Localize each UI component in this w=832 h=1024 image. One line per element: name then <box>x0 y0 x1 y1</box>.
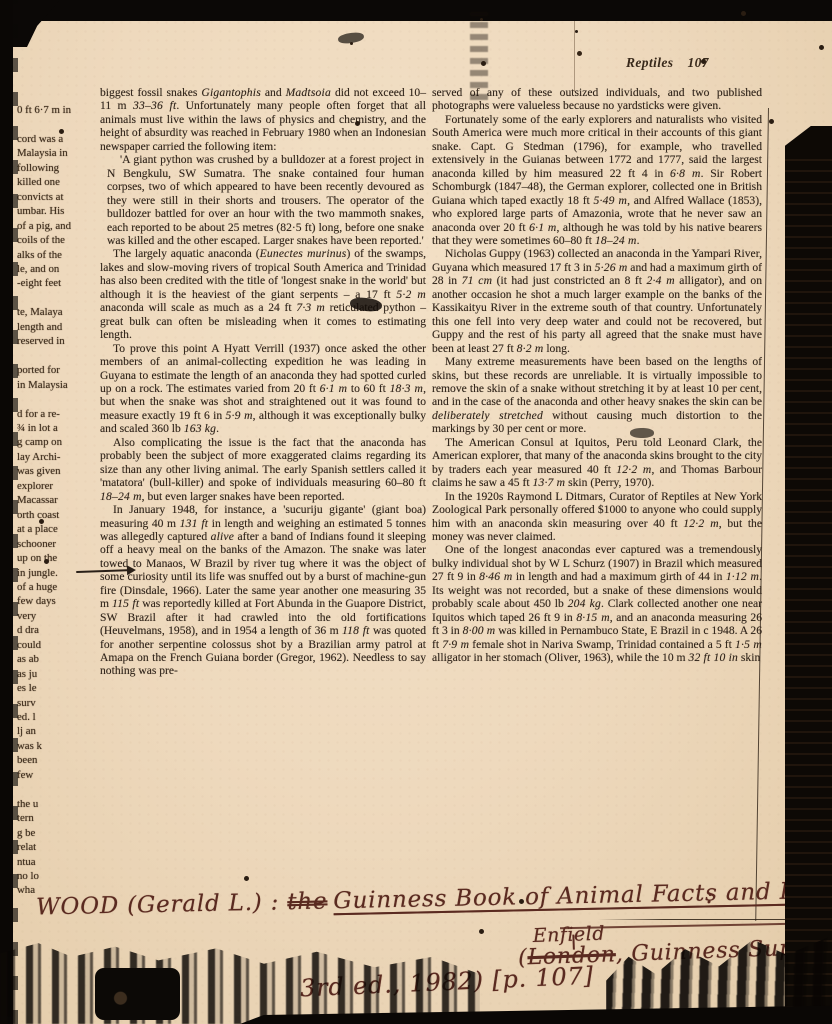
margin-fragment-line: few <box>17 768 99 782</box>
margin-fragment-line: very <box>17 609 99 623</box>
margin-fragment-line: cord was a <box>17 132 99 146</box>
citation-separator: : <box>262 889 287 916</box>
margin-arrow-annotation <box>76 565 136 577</box>
margin-fragment-line <box>17 117 99 131</box>
margin-fragment-line: following <box>17 161 99 175</box>
margin-fragment-line: up on the <box>17 551 99 565</box>
text-column-left: biggest fossil snakes Gigantophis and Ma… <box>100 86 426 678</box>
margin-fragment-line: umbar. His <box>17 204 99 218</box>
margin-fragment-line: surv <box>17 696 99 710</box>
margin-fragment-line <box>17 392 99 406</box>
margin-fragment-line: in Malaysia <box>17 378 99 392</box>
body-paragraph: In the 1920s Raymond L Ditmars, Curator … <box>432 490 762 544</box>
ink-blot <box>630 428 654 438</box>
margin-fragment-line: ¾ in lot a <box>17 421 99 435</box>
body-paragraph: The largely aquatic anaconda (Eunectes m… <box>100 247 426 341</box>
margin-fragment-line: lay Archi- <box>17 450 99 464</box>
margin-fragment-line: was k <box>17 739 99 753</box>
toner-edge-left-ragged <box>13 0 18 1024</box>
margin-fragment-line: killed one <box>17 175 99 189</box>
margin-fragment-line: g be <box>17 826 99 840</box>
photocopied-book-page: 0 ft 6·7 m in cord was aMalaysia infollo… <box>0 0 832 1024</box>
margin-fragment-line: few days <box>17 594 99 608</box>
margin-fragment-line: schooner <box>17 537 99 551</box>
text-column-right: served of any of these outsized individu… <box>432 86 762 664</box>
margin-fragment-line <box>17 782 99 796</box>
margin-fragment-line: 0 ft 6·7 m in <box>17 103 99 117</box>
body-paragraph: Many extreme measurements have been base… <box>432 355 762 436</box>
margin-fragment-line: orth coast <box>17 508 99 522</box>
body-paragraph: The American Consul at Iquitos, Peru tol… <box>432 436 762 490</box>
section-title: Reptiles <box>626 55 673 70</box>
margin-fragment-line: no lo <box>17 869 99 883</box>
margin-fragment-line: ntua <box>17 855 99 869</box>
margin-fragment-line: explorer <box>17 479 99 493</box>
margin-fragment-line: ed. l <box>17 710 99 724</box>
margin-fragment-line: te, Malaya <box>17 305 99 319</box>
body-paragraph: 'A giant python was crushed by a bulldoz… <box>100 153 426 247</box>
page-number: 107 <box>687 55 708 70</box>
toner-blob-bottom-left <box>95 968 180 1020</box>
arrow-head <box>127 565 136 575</box>
body-paragraph: One of the longest anacondas ever captur… <box>432 543 762 664</box>
margin-fragment-line: alks of the <box>17 248 99 262</box>
margin-fragment-line: lj an <box>17 724 99 738</box>
citation-stray-colon: : <box>706 884 714 909</box>
body-paragraph: Nicholas Guppy (1963) collected an anaco… <box>432 247 762 355</box>
margin-fragment-line: as ju <box>17 667 99 681</box>
toner-smudge-top-center <box>470 12 488 100</box>
margin-fragment-line: of a huge <box>17 580 99 594</box>
toner-band-right-texture <box>785 150 832 1024</box>
body-paragraph: In January 1948, for instance, a 'sucuri… <box>100 503 426 678</box>
arrow-shaft <box>76 569 128 573</box>
margin-fragment-line: length and <box>17 320 99 334</box>
margin-fragment-line: le, and on <box>17 262 99 276</box>
body-paragraph: To prove this point A Hyatt Verrill (193… <box>100 342 426 436</box>
citation-author: WOOD (Gerald L.) <box>36 890 263 921</box>
citation-struck-word: the <box>287 888 328 915</box>
margin-fragment-line: of a pig, and <box>17 219 99 233</box>
margin-fragment-line: as ab <box>17 652 99 666</box>
margin-fragment-line: was given <box>17 464 99 478</box>
toner-specks <box>350 42 353 45</box>
margin-fragment-line: coils of the <box>17 233 99 247</box>
margin-fragment-line: ported for <box>17 363 99 377</box>
margin-fragment-line: -eight feet <box>17 276 99 290</box>
page-header: Reptiles107 <box>626 55 776 71</box>
text-block-bottom-border <box>598 919 785 920</box>
citation-inserted-city: Enfield <box>532 923 605 948</box>
margin-fragment-line: Macassar <box>17 493 99 507</box>
body-paragraph: Fortunately some of the early explorers … <box>432 113 762 248</box>
margin-fragment-line: d for a re- <box>17 407 99 421</box>
margin-fragment-line: at a place <box>17 522 99 536</box>
margin-fragment-line: relat <box>17 840 99 854</box>
margin-fragment-line: convicts at <box>17 190 99 204</box>
margin-fragment-line <box>17 349 99 363</box>
toner-edge-left <box>0 0 13 1024</box>
margin-fragment-line: g camp on <box>17 435 99 449</box>
margin-fragment-line: tern <box>17 811 99 825</box>
margin-fragment-line <box>17 291 99 305</box>
margin-fragment-line: es le <box>17 681 99 695</box>
margin-fragment-line: d dra <box>17 623 99 637</box>
margin-fragment-line: Malaysia in <box>17 146 99 160</box>
toner-edge-top <box>0 0 832 21</box>
left-margin-text-fragments: 0 ft 6·7 m in cord was aMalaysia infollo… <box>17 103 99 893</box>
margin-fragment-line: reserved in <box>17 334 99 348</box>
body-paragraph: biggest fossil snakes Gigantophis and Ma… <box>100 86 426 153</box>
body-paragraph: Also complicating the issue is the fact … <box>100 436 426 503</box>
margin-fragment-line: could <box>17 638 99 652</box>
margin-fragment-line: wha <box>17 883 99 893</box>
margin-fragment-line: the u <box>17 797 99 811</box>
margin-fragment-line: been <box>17 753 99 767</box>
